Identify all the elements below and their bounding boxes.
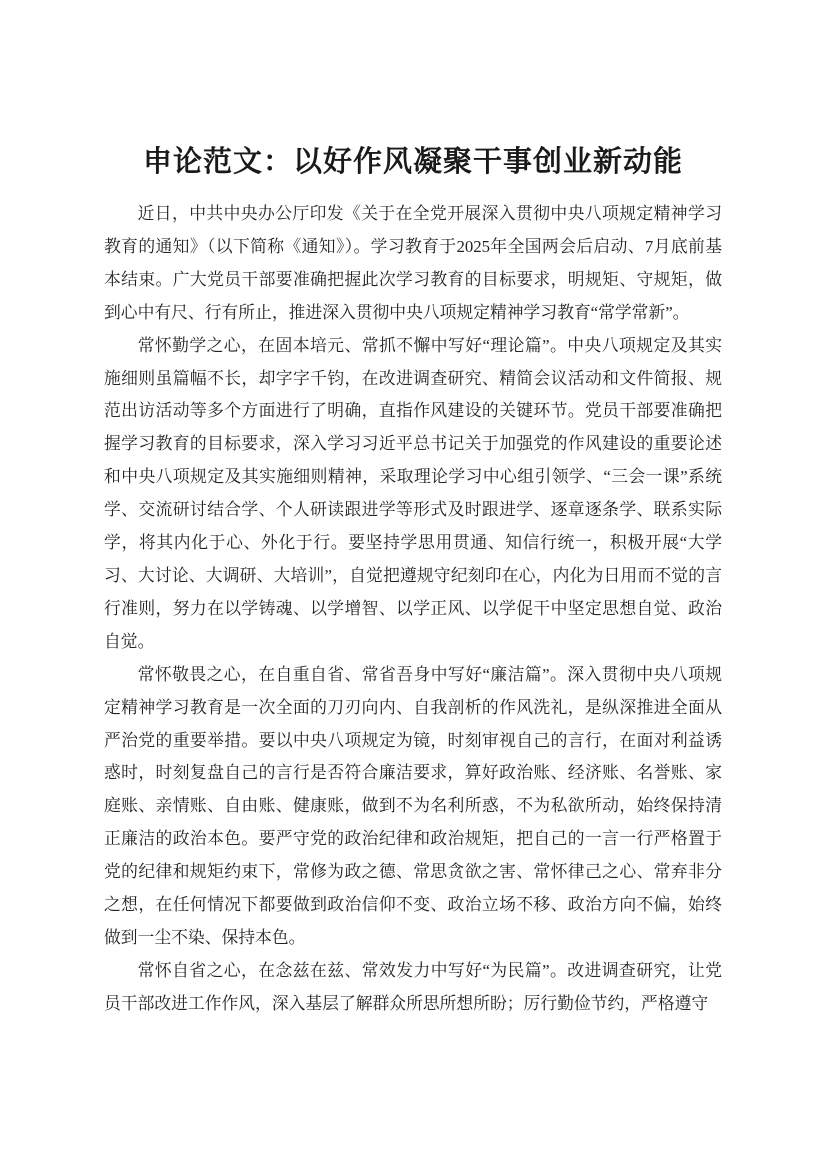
paragraph-theory: 常怀勤学之心，在固本培元、常抓不懈中写好“理论篇”。中央八项规定及其实施细则虽篇… <box>104 330 722 659</box>
document-body: 近日，中共中央办公厅印发《关于在全党开展深入贯彻中央八项规定精神学习教育的通知》… <box>104 198 722 1021</box>
paragraph-intro: 近日，中共中央办公厅印发《关于在全党开展深入贯彻中央八项规定精神学习教育的通知》… <box>104 198 722 330</box>
document-title: 申论范文：以好作风凝聚干事创业新动能 <box>104 143 722 181</box>
paragraph-integrity: 常怀敬畏之心，在自重自省、常省吾身中写好“廉洁篇”。深入贯彻中央八项规定精神学习… <box>104 659 722 955</box>
document-page: 申论范文：以好作风凝聚干事创业新动能 近日，中共中央办公厅印发《关于在全党开展深… <box>0 0 826 1165</box>
paragraph-people: 常怀自省之心，在念兹在兹、常效发力中写好“为民篇”。改进调查研究，让党员干部改进… <box>104 955 722 1021</box>
